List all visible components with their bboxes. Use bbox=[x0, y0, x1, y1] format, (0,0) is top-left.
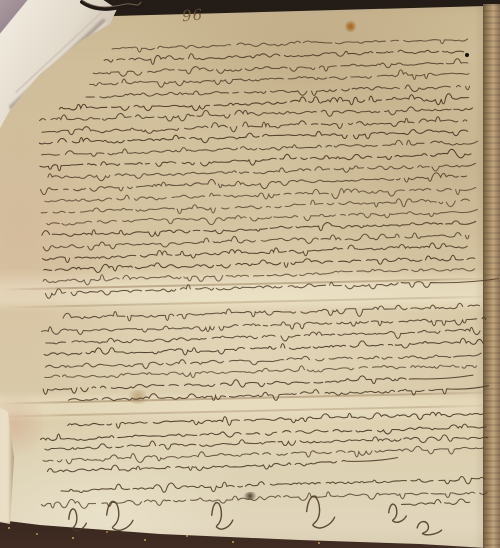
table-sparkle-dust bbox=[8, 527, 10, 529]
fold-crease bbox=[0, 404, 500, 417]
fold-crease bbox=[0, 295, 500, 308]
underlying-pages-edge bbox=[483, 4, 500, 548]
rust-stain bbox=[345, 20, 356, 33]
ink-dot bbox=[465, 53, 469, 57]
ink-blot bbox=[243, 491, 258, 501]
manuscript-photograph: 96 bbox=[0, 0, 500, 548]
fold-crease bbox=[0, 391, 500, 404]
folio-number: 96 bbox=[181, 5, 212, 26]
cord-string bbox=[78, 0, 144, 21]
smudge-stain bbox=[126, 390, 150, 404]
fold-crease bbox=[0, 277, 500, 290]
manuscript-page bbox=[0, 0, 500, 548]
